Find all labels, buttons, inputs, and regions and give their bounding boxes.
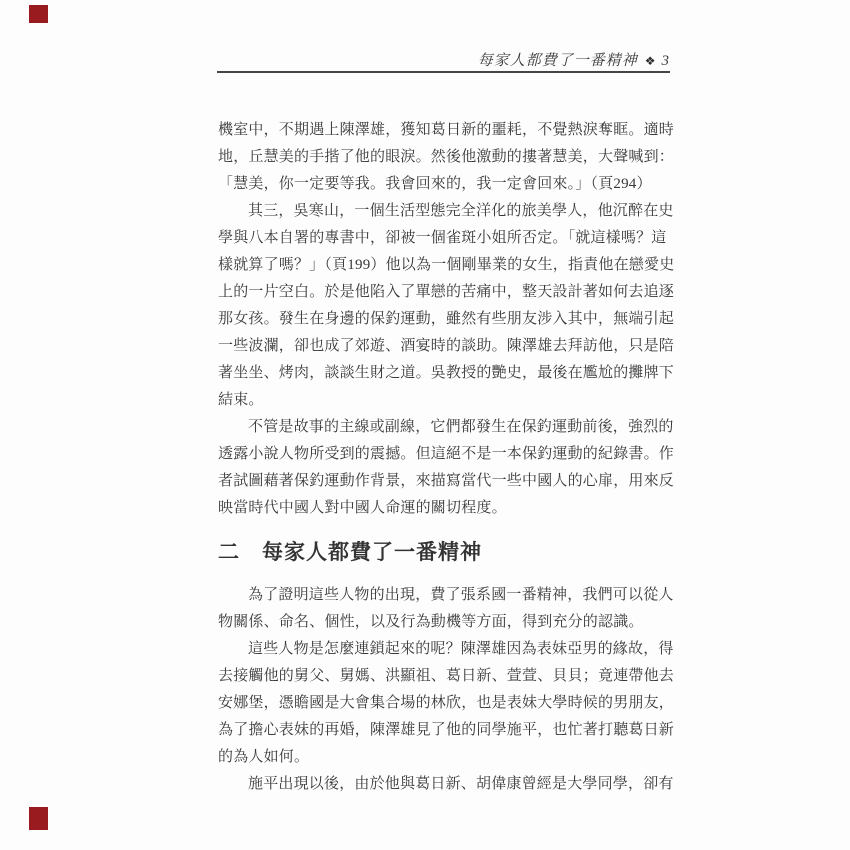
text-line: 施平出現以後，由於他與葛日新、胡偉康曾經是大學同學，卻有 [218, 771, 670, 798]
text-line: 為了證明這些人物的出現，費了張系國一番精神，我們可以從人 [218, 582, 670, 609]
text-line: 著坐坐、烤肉，談談生財之道。吳教授的艷史，最後在尷尬的攤牌下 [218, 360, 670, 387]
book-page: 每家人都費了一番精神❖3 機室中，不期遇上陳澤雄，獲知葛日新的噩耗，不覺熱淚奪眶… [0, 0, 850, 850]
text-line: 機室中，不期遇上陳澤雄，獲知葛日新的噩耗，不覺熱淚奪眶。適時 [218, 117, 670, 144]
text-line: 結束。 [218, 387, 670, 414]
text-line: 物關係、命名、個性，以及行為動機等方面，得到充分的認識。 [218, 609, 670, 636]
text-line: 為了擔心表妹的再婚，陳澤雄見了他的同學施平，也忙著打聽葛日新 [218, 717, 670, 744]
page-number: 3 [662, 53, 671, 69]
body-text: 機室中，不期遇上陳澤雄，獲知葛日新的噩耗，不覺熱淚奪眶。適時地，丘慧美的手揩了他… [218, 117, 670, 798]
text-line: 上的一片空白。於是他陷入了單戀的苦痛中，整天設計著如何去追逐 [218, 279, 670, 306]
text-line: 這些人物是怎麼連鎖起來的呢？陳澤雄因為表妹亞男的緣故，得 [218, 636, 670, 663]
text-line: 不管是故事的主線或副線，它們都發生在保釣運動前後，強烈的 [218, 414, 670, 441]
text-line: 「慧美，你一定要等我。我會回來的，我一定會回來。」（頁294） [218, 171, 670, 198]
paragraph: 為了證明這些人物的出現，費了張系國一番精神，我們可以從人物關係、命名、個性，以及… [218, 582, 670, 636]
text-line: 者試圖藉著保釣運動作背景，來描寫當代一些中國人的心扉，用來反 [218, 468, 670, 495]
paragraph: 施平出現以後，由於他與葛日新、胡偉康曾經是大學同學，卻有 [218, 771, 670, 798]
text-line: 那女孩。發生在身邊的保釣運動，雖然有些朋友涉入其中，無端引起 [218, 306, 670, 333]
running-header-title: 每家人都費了一番精神 [478, 53, 638, 69]
running-header: 每家人都費了一番精神❖3 [217, 49, 670, 70]
text-line: 映當時代中國人對中國人命運的關切程度。 [218, 495, 670, 522]
section-heading: 二每家人都費了一番精神 [218, 538, 670, 568]
paragraph: 不管是故事的主線或副線，它們都發生在保釣運動前後，強烈的透露小說人物所受到的震撼… [218, 414, 670, 522]
page-edge-mark-bottom [29, 807, 48, 830]
paragraph: 機室中，不期遇上陳澤雄，獲知葛日新的噩耗，不覺熱淚奪眶。適時地，丘慧美的手揩了他… [218, 117, 670, 198]
page-edge-mark-top [29, 5, 48, 23]
text-line: 學與八本自署的專書中，卻被一個雀斑小姐所否定。「就這樣嗎？這 [218, 225, 670, 252]
text-line: 安娜堡，憑瞻國是大會集合場的林欣，也是表妹大學時候的男朋友， [218, 690, 670, 717]
paragraph: 其三，吳寒山，一個生活型態完全洋化的旅美學人，他沉醉在史學與八本自署的專書中，卻… [218, 198, 670, 414]
section-number: 二 [218, 541, 240, 564]
text-line: 去接觸他的舅父、舅媽、洪顯祖、葛日新、萱萱、貝貝；竟連帶他去 [218, 663, 670, 690]
text-line: 樣就算了嗎？」（頁199）他以為一個剛畢業的女生，指責他在戀愛史 [218, 252, 670, 279]
text-line: 透露小說人物所受到的震撼。但這絕不是一本保釣運動的紀錄書。作 [218, 441, 670, 468]
diamond-ornament-icon: ❖ [645, 54, 657, 68]
text-line: 地，丘慧美的手揩了他的眼淚。然後他激動的摟著慧美，大聲喊到： [218, 144, 670, 171]
text-line: 一些波瀾，卻也成了郊遊、酒宴時的談助。陳澤雄去拜訪他，只是陪 [218, 333, 670, 360]
section-title: 每家人都費了一番精神 [262, 541, 482, 564]
header-rule [217, 71, 670, 73]
text-line: 其三，吳寒山，一個生活型態完全洋化的旅美學人，他沉醉在史 [218, 198, 670, 225]
paragraph: 這些人物是怎麼連鎖起來的呢？陳澤雄因為表妹亞男的緣故，得去接觸他的舅父、舅媽、洪… [218, 636, 670, 771]
text-line: 的為人如何。 [218, 744, 670, 771]
